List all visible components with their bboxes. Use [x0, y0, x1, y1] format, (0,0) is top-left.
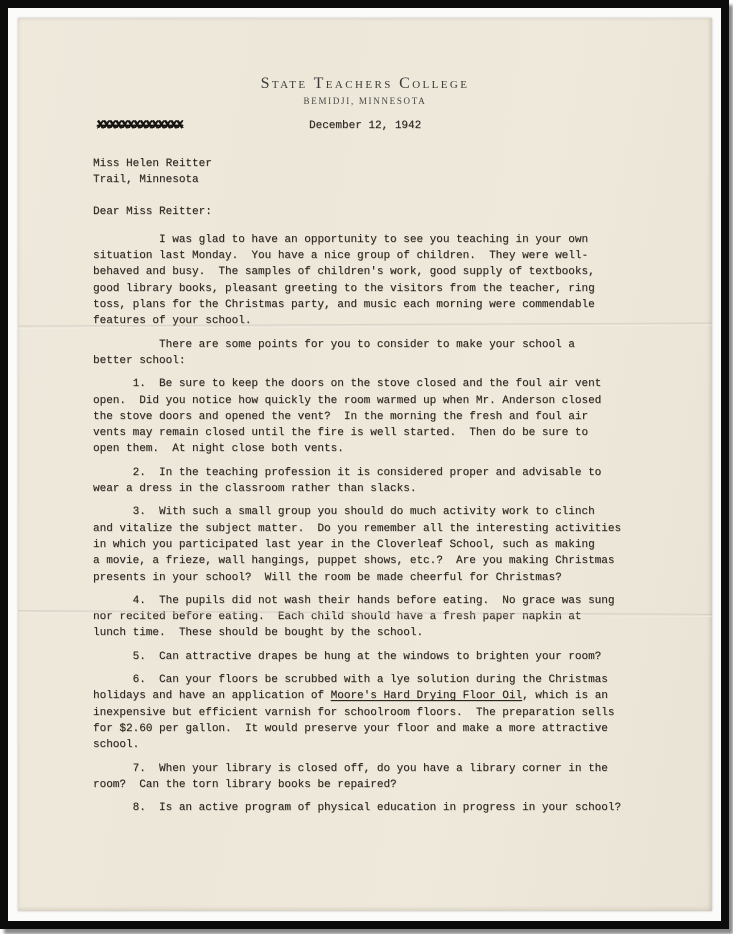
paragraph: 6. Can your floors be scrubbed with a ly…: [93, 672, 682, 753]
paragraph: 2. In the teaching profession it is cons…: [93, 465, 682, 498]
paragraph: 4. The pupils did not wash their hands b…: [93, 593, 682, 642]
recipient-name: Miss Helen Reitter: [93, 158, 212, 170]
letter-date: December 12, 1942: [309, 118, 421, 134]
recipient-address: Miss Helen Reitter Trail, Minnesota: [93, 156, 682, 189]
paragraph: 5. Can attractive drapes be hung at the …: [93, 649, 682, 665]
date-row: XXXXXXXXXXXXXX December 12, 1942: [18, 118, 712, 133]
paragraph: 7. When your library is closed off, do y…: [93, 761, 682, 794]
paragraph: I was glad to have an opportunity to see…: [93, 232, 682, 330]
letterhead-city: BEMIDJI, MINNESOTA: [18, 96, 712, 106]
underlined-phrase: Moore's Hard Drying Floor Oil: [331, 690, 522, 702]
letterhead-college-name: State Teachers College: [18, 75, 712, 93]
recipient-city: Trail, Minnesota: [93, 174, 199, 186]
letter-paragraphs: I was glad to have an opportunity to see…: [93, 232, 682, 817]
letter-body: Miss Helen Reitter Trail, Minnesota Dear…: [18, 156, 712, 816]
letterhead: State Teachers College BEMIDJI, MINNESOT…: [18, 18, 712, 106]
paragraph: 1. Be sure to keep the doors on the stov…: [93, 376, 682, 457]
paragraph: 8. Is an active program of physical educ…: [93, 800, 682, 816]
redacted-text: XXXXXXXXXXXXXX: [97, 118, 182, 134]
salutation: Dear Miss Reitter:: [93, 204, 682, 220]
letter-paper: State Teachers College BEMIDJI, MINNESOT…: [18, 18, 712, 911]
photo-frame: State Teachers College BEMIDJI, MINNESOT…: [0, 0, 729, 929]
paragraph: There are some points for you to conside…: [93, 337, 682, 370]
paragraph: 3. With such a small group you should do…: [93, 504, 682, 585]
